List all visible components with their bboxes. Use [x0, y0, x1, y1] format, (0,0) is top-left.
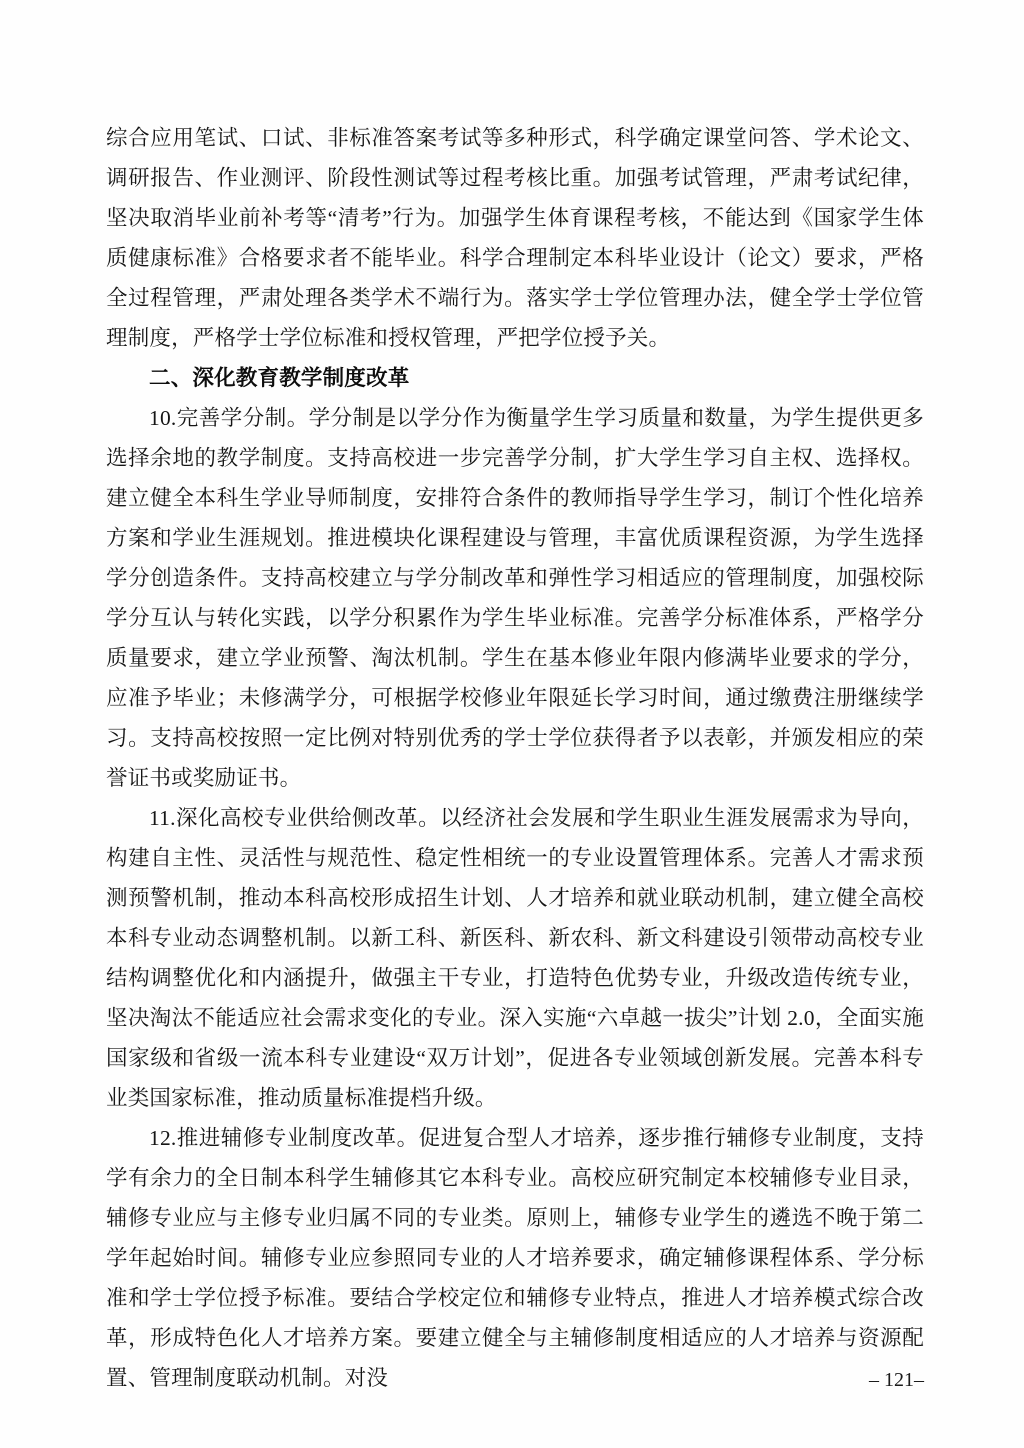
- section-heading: 二、深化教育教学制度改革: [106, 358, 924, 398]
- paragraph-item-10: 10.完善学分制。学分制是以学分作为衡量学生学习质量和数量，为学生提供更多选择余…: [106, 398, 924, 798]
- paragraph-item-12: 12.推进辅修专业制度改革。促进复合型人才培养，逐步推行辅修专业制度，支持学有余…: [106, 1118, 924, 1398]
- paragraph-continuation: 综合应用笔试、口试、非标准答案考试等多种形式，科学确定课堂问答、学术论文、调研报…: [106, 118, 924, 358]
- paragraph-item-11: 11.深化高校专业供给侧改革。以经济社会发展和学生职业生涯发展需求为导向，构建自…: [106, 798, 924, 1118]
- page-number: – 121–: [0, 1366, 924, 1394]
- document-body: 综合应用笔试、口试、非标准答案考试等多种形式，科学确定课堂问答、学术论文、调研报…: [106, 118, 924, 1398]
- document-page: 综合应用笔试、口试、非标准答案考试等多种形式，科学确定课堂问答、学术论文、调研报…: [0, 0, 1024, 1448]
